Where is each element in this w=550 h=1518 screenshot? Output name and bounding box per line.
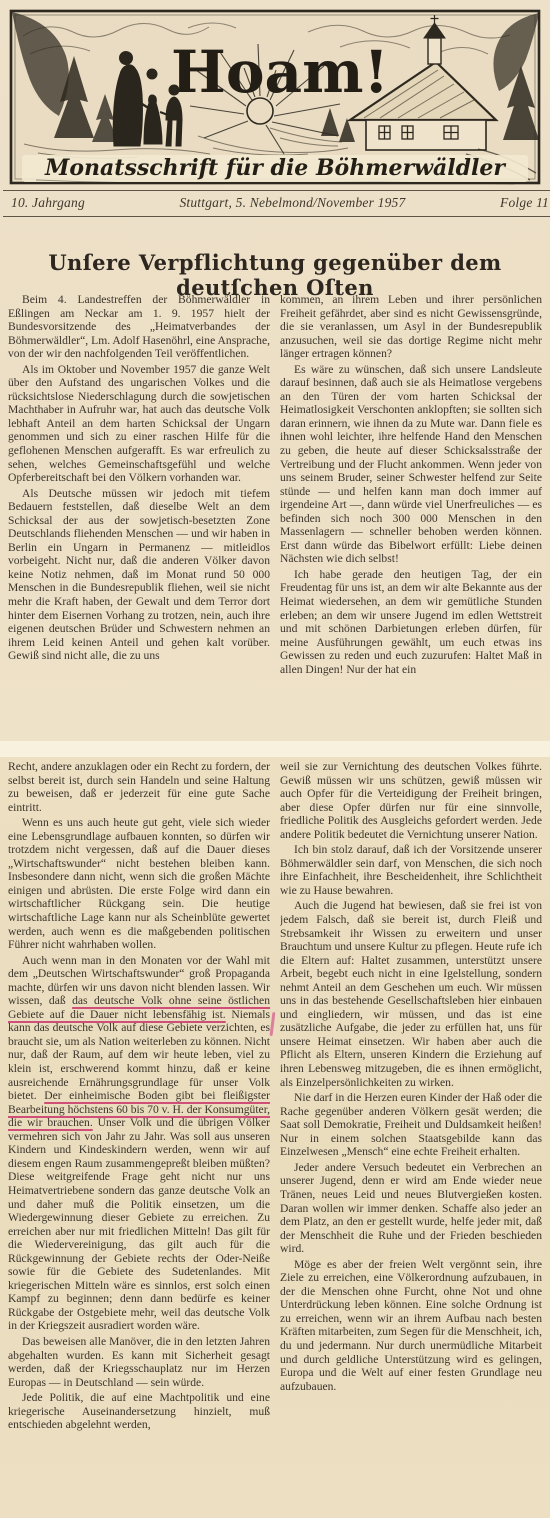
paragraph: Das beweisen alle Manöver, die in den le… [8, 1335, 270, 1389]
column-bottom-right: weil sie zur Vernichtung des deutschen V… [280, 760, 542, 1512]
paragraph: Recht, andere anzuklagen oder ein Recht … [8, 760, 270, 814]
paragraph: Auch die Jugend hat bewiesen, daß sie fr… [280, 899, 542, 1089]
column-top-left: Beim 4. Landestreffen der Böhmerwäldler … [8, 293, 270, 741]
masthead-illustration: Hoam! [8, 8, 542, 186]
paragraph: Wenn es uns auch heute gut geht, viele s… [8, 816, 270, 951]
paragraph: Ich habe gerade den heutigen Tag, der ei… [280, 568, 542, 676]
paragraph-segment: Unser Volk und die übrigen Völker vermeh… [8, 1116, 270, 1332]
paragraph-segment: Niemals kann das deutsche Volk auf diese… [8, 1008, 270, 1102]
paragraph: Als im Oktober und November 1957 die gan… [8, 363, 270, 485]
dateline: 10. Jahrgang Stuttgart, 5. Nebelmond/Nov… [3, 190, 550, 217]
paragraph: weil sie zur Vernichtung des deutschen V… [280, 760, 542, 841]
scanned-newspaper-page: { "masthead": { "title": "Hoam!", "subti… [0, 0, 550, 1518]
paragraph: Auch wenn man in den Monaten vor der Wah… [8, 954, 270, 1333]
paragraph: Als Deutsche müssen wir jedoch mit tiefe… [8, 487, 270, 663]
paragraph: Es wäre zu wünschen, daß sich unsere Lan… [280, 363, 542, 566]
issue-date: Stuttgart, 5. Nebelmond/November 1957 [179, 195, 405, 211]
volume-label: 10. Jahrgang [11, 195, 85, 211]
column-top-right: kommen, an ihrem Leben und ihrer persönl… [280, 293, 542, 741]
paragraph: Ich bin stolz darauf, daß ich der Vorsit… [280, 843, 542, 897]
paragraph: Möge es aber der freien Welt vergönnt se… [280, 1258, 542, 1393]
paragraph: Jede Politik, die auf eine Machtpolitik … [8, 1391, 270, 1432]
scan-seam [0, 741, 550, 757]
paragraph: Jeder andere Versuch bedeutet ein Verbre… [280, 1161, 542, 1256]
masthead-subtitle: Monatsschrift für die Böhmerwäldler [44, 155, 506, 181]
masthead-title: Hoam! [171, 38, 389, 106]
issue-number: Folge 11 [500, 195, 549, 211]
editorial-intro: Beim 4. Landestreffen der Böhmerwäldler … [8, 293, 270, 361]
paragraph: kommen, an ihrem Leben und ihrer persönl… [280, 293, 542, 361]
paragraph: Nie darf in die Herzen euren Kinder der … [280, 1091, 542, 1159]
column-bottom-left: Recht, andere anzuklagen oder ein Recht … [8, 760, 270, 1512]
